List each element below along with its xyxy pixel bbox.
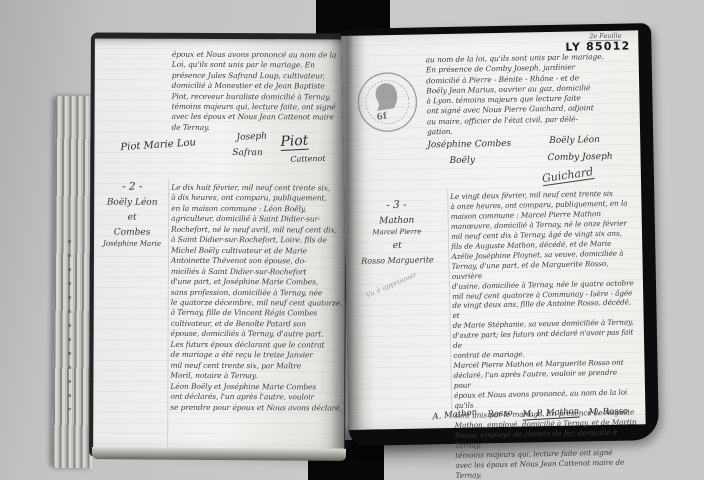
entry-2-name-bride: Combes (96, 227, 168, 237)
entry-2-number: - 2 - (96, 180, 168, 192)
entry-2-et: et (96, 212, 168, 222)
entry-3-margin: - 3 - Mathon Marcel Pierre et Rosso Marg… (348, 198, 445, 266)
signature-joseph: Joseph (236, 131, 267, 142)
entry-3-name-groom-first: Marcel Pierre (349, 227, 445, 237)
entry-2-name-bride-first: Joséphine Marie (96, 239, 168, 247)
signature-piot-marie: Piot Marie Lou (120, 137, 196, 153)
signature-safran: Safran (232, 148, 262, 158)
signature-m-rosso: M. Rosso (588, 407, 628, 418)
signature-piot: Piot (280, 133, 309, 151)
right-book-cover: 2e Feuille LY 85012 6f au nom de la loi,… (341, 23, 659, 446)
entry-3-name-bride: Rosso Marguerite (349, 255, 445, 266)
entry-2-margin: - 2 - Boëly Léon et Combes Joséphine Mar… (96, 180, 168, 247)
signature-cattenot: Cattenot (290, 154, 326, 164)
revenue-stamp-graphic (352, 67, 423, 138)
entry-3-name-groom: Mathon (349, 215, 445, 227)
signature-mp-mathon: M. P. Mathon (522, 407, 579, 421)
closing-paragraph-entry1: époux et Nous avons prononcé au nom de l… (171, 50, 348, 134)
revenue-stamp-value: 6f (376, 111, 388, 122)
left-page: époux et Nous avons prononcé au nom de l… (93, 38, 346, 449)
entry-3-body: Le vingt deux février, mil neuf cent tre… (450, 188, 638, 480)
signature-josephine-combes: Joséphine Combes (427, 139, 511, 151)
entry-2-body: Le dix huit février, mil neuf cent trent… (170, 183, 348, 414)
right-page: 2e Feuille LY 85012 6f au nom de la loi,… (341, 30, 646, 430)
signature-boely: Boëly (449, 155, 475, 165)
left-page-bottom-edge (92, 447, 346, 461)
entry-3-et: et (349, 240, 445, 252)
signature-comby-joseph: Comby Joseph (547, 152, 612, 163)
signature-guichard: Guichard (541, 165, 594, 186)
closing-paragraph-entry2: au nom de la loi, qu'ils sont unis par l… (426, 52, 616, 138)
entry-2-name-groom: Boëly Léon (96, 197, 168, 207)
signature-rosso: Rosso (487, 408, 513, 420)
microfilm-scan: époux et Nous avons prononcé au nom de l… (0, 0, 704, 480)
pencil-note: Vu à approuver (365, 271, 418, 300)
revenue-stamp-icon: 6f (352, 67, 423, 138)
signature-a-mathon: A. Mathon (432, 408, 478, 423)
page-edge-marks (68, 240, 71, 410)
entry-3-number: - 3 - (348, 198, 444, 212)
left-book-cover: époux et Nous avons prononcé au nom de l… (89, 32, 347, 457)
signature-boely-leon: Boëly Léon (549, 135, 600, 146)
